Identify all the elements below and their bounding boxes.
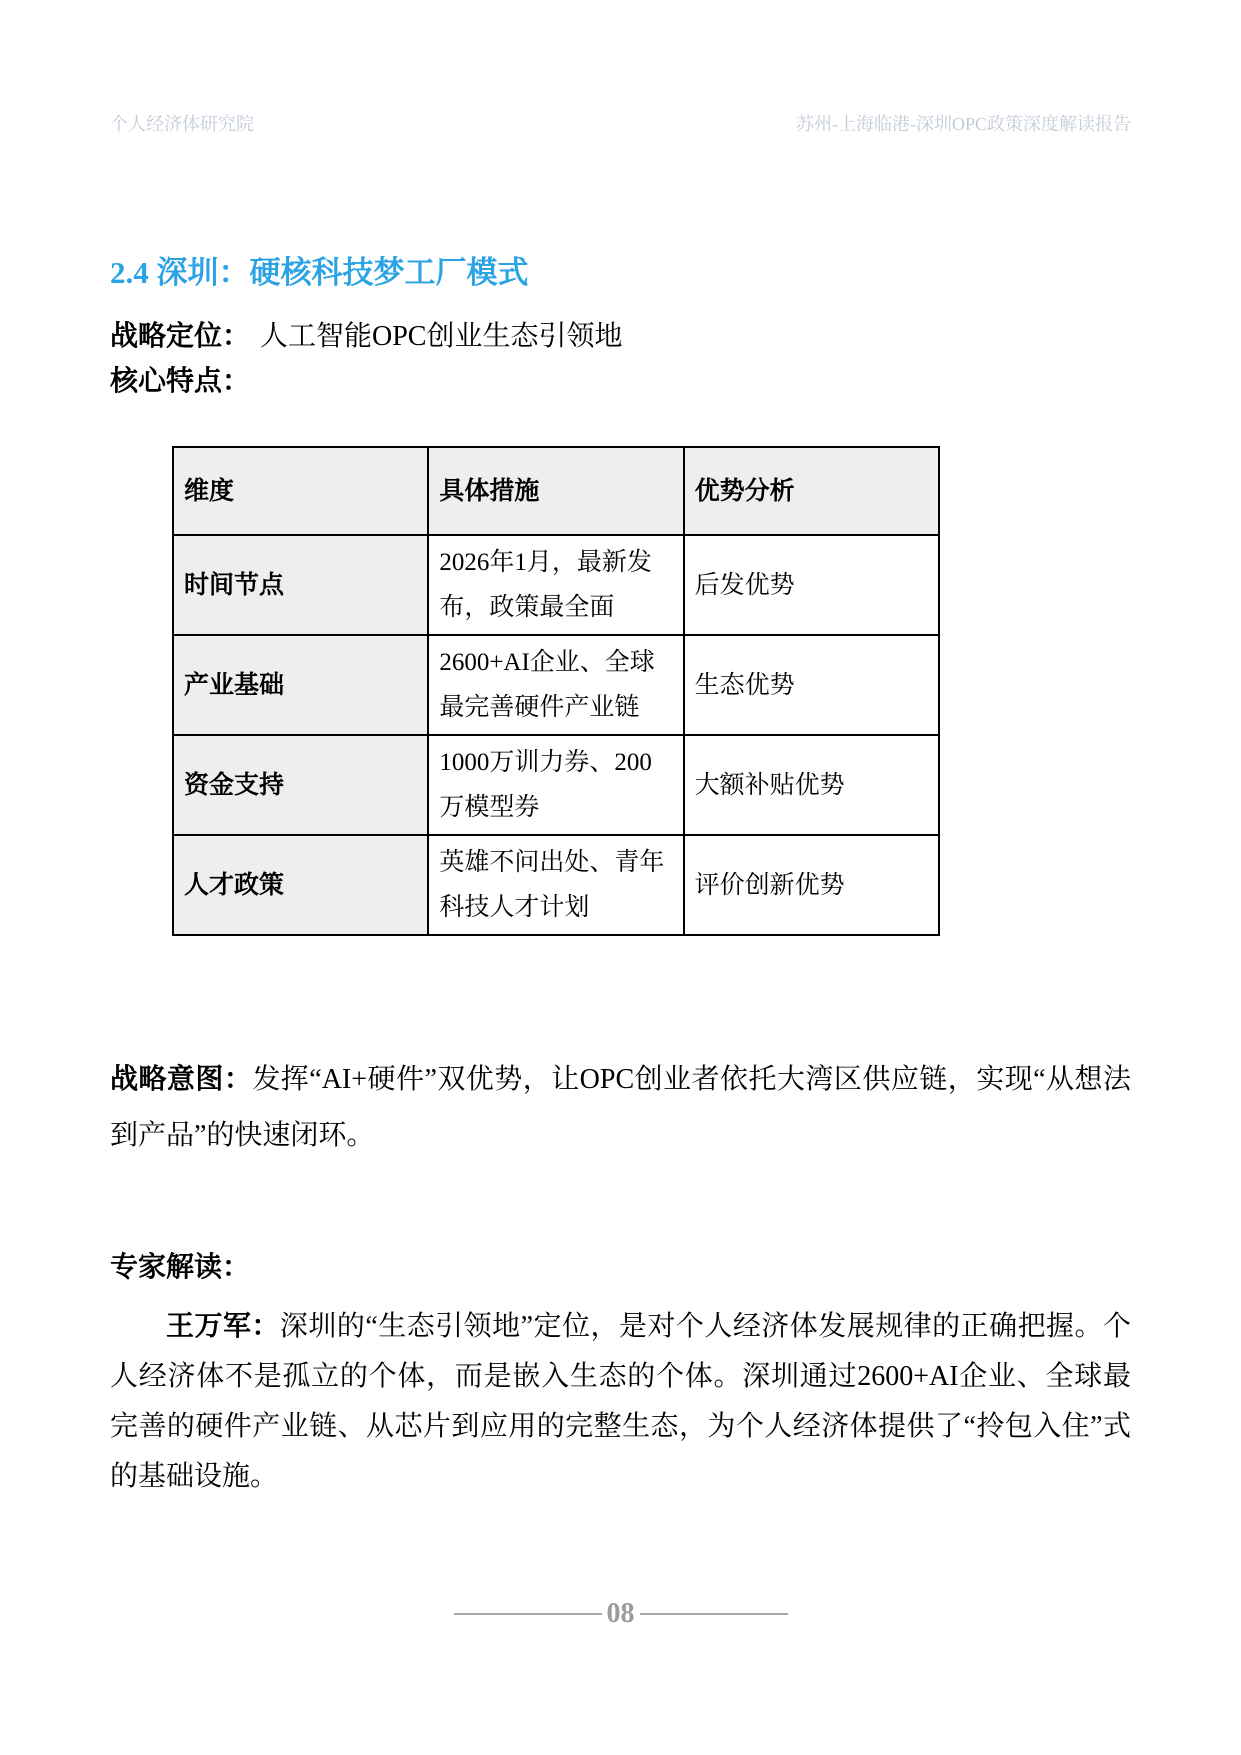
header-cell-advantage: 优势分析 [684,447,939,535]
intent-label: 战略意图： [110,1064,252,1095]
advantage-cell: 评价创新优势 [684,835,939,935]
table-row: 时间节点 2026年1月，最新发布，政策最全面 后发优势 [173,535,939,635]
strategic-position-value: 人工智能OPC创业生态引领地 [260,321,622,352]
table-row: 产业基础 2600+AI企业、全球最完善硬件产业链 生态优势 [173,635,939,735]
measures-cell: 2600+AI企业、全球最完善硬件产业链 [428,635,683,735]
strategic-position-line: 战略定位：人工智能OPC创业生态引领地 [110,314,1131,359]
section-heading: 2.4 深圳：硬核科技梦工厂模式 [110,256,1131,290]
table-header-row: 维度 具体措施 优势分析 [173,447,939,535]
header-right-text: 苏州-上海临港-深圳OPC政策深度解读报告 [796,110,1131,136]
measures-cell: 英雄不问出处、青年科技人才计划 [428,835,683,935]
table-row: 资金支持 1000万训力券、200万模型券 大额补贴优势 [173,735,939,835]
footer-rule-right [640,1613,788,1615]
page-footer: 08 [0,1598,1241,1630]
expert-section-label: 专家解读： [110,1250,1131,1286]
document-page: 个人经济体研究院 苏州-上海临港-深圳OPC政策深度解读报告 2.4 深圳：硬核… [0,0,1241,1755]
measures-cell: 2026年1月，最新发布，政策最全面 [428,535,683,635]
dimension-cell: 时间节点 [173,535,428,635]
footer-rule-left [454,1613,602,1615]
table-row: 人才政策 英雄不问出处、青年科技人才计划 评价创新优势 [173,835,939,935]
page-number: 08 [607,1598,635,1630]
header-cell-dimension: 维度 [173,447,428,535]
features-table: 维度 具体措施 优势分析 时间节点 2026年1月，最新发布，政策最全面 后发优… [172,446,940,936]
core-features-line: 核心特点： [110,359,1131,404]
page-header: 个人经济体研究院 苏州-上海临港-深圳OPC政策深度解读报告 [0,0,1241,136]
expert-speaker: 王万军： [166,1311,280,1342]
lead-block: 战略定位：人工智能OPC创业生态引领地 核心特点： [110,314,1131,404]
header-left-text: 个人经济体研究院 [110,110,254,136]
intent-text: 发挥“AI+硬件”双优势，让OPC创业者依托大湾区供应链，实现“从想法到产品”的… [110,1064,1131,1151]
header-cell-measures: 具体措施 [428,447,683,535]
dimension-cell: 产业基础 [173,635,428,735]
strategic-intent-paragraph: 战略意图：发挥“AI+硬件”双优势，让OPC创业者依托大湾区供应链，实现“从想法… [110,1052,1131,1164]
advantage-cell: 大额补贴优势 [684,735,939,835]
advantage-cell: 后发优势 [684,535,939,635]
core-features-label: 核心特点： [110,366,250,397]
expert-paragraph: 王万军：深圳的“生态引领地”定位，是对个人经济体发展规律的正确把握。个人经济体不… [110,1302,1131,1502]
dimension-cell: 资金支持 [173,735,428,835]
page-body: 2.4 深圳：硬核科技梦工厂模式 战略定位：人工智能OPC创业生态引领地 核心特… [0,256,1241,1502]
strategic-position-label: 战略定位： [110,321,250,352]
advantage-cell: 生态优势 [684,635,939,735]
dimension-cell: 人才政策 [173,835,428,935]
expert-label-text: 专家解读： [110,1252,250,1283]
measures-cell: 1000万训力券、200万模型券 [428,735,683,835]
